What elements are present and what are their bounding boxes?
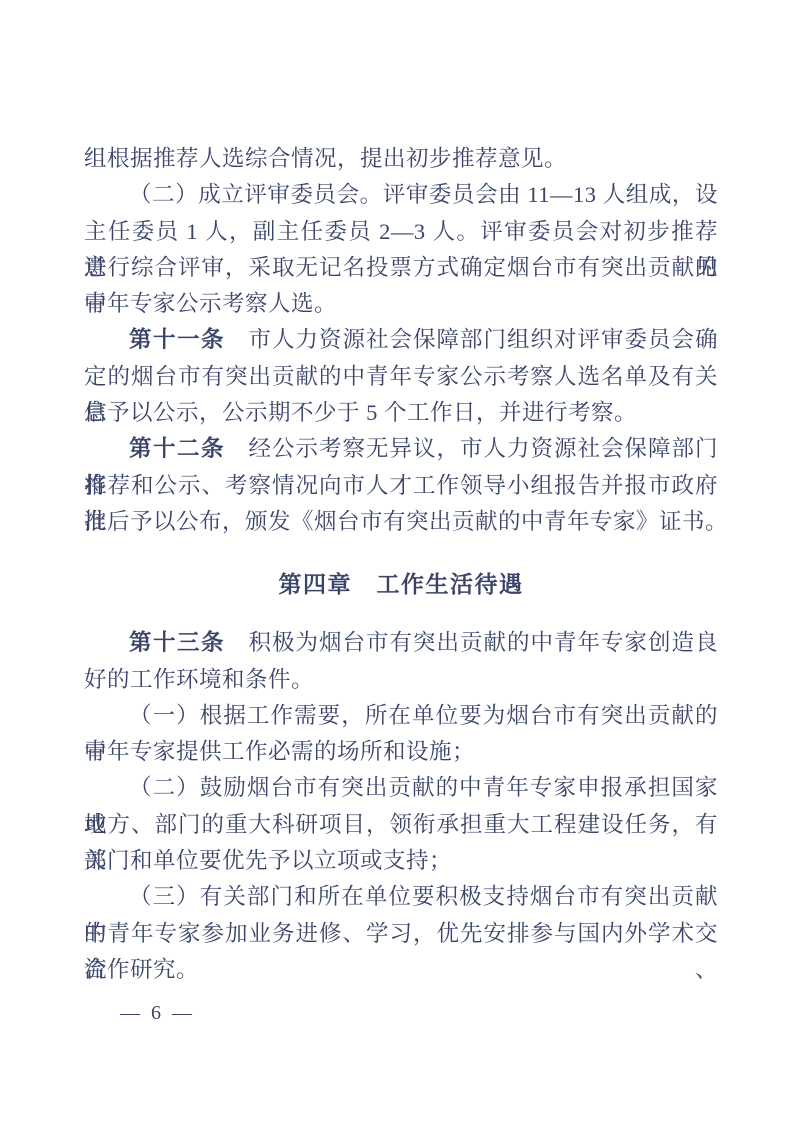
text-line: （二）鼓励烟台市有突出贡献的中青年专家申报承担国家或 (84, 770, 718, 806)
text-line: 部门和单位要优先予以立项或支持； (84, 843, 718, 879)
text-line: 定的烟台市有突出贡献的中青年专家公示考察人选名单及有关信 (84, 359, 718, 395)
text-line: （一）根据工作需要，所在单位要为烟台市有突出贡献的中 (84, 698, 718, 734)
text-line: 中青年专家参加业务进修、学习，优先安排参与国内外学术交流、 (84, 916, 718, 952)
chapter-heading: 第四章 工作生活待遇 (84, 566, 718, 602)
text-line: 组根据推荐人选综合情况，提出初步推荐意见。 (84, 141, 718, 177)
article-number: 第十一条 (129, 327, 225, 352)
text-line: 推荐和公示、考察情况向市人才工作领导小组报告并报市政府批 (84, 468, 718, 504)
article-number: 第十三条 (129, 630, 225, 655)
text-line: 青年专家公示考察人选。 (84, 286, 718, 322)
text-line: （三）有关部门和所在单位要积极支持烟台市有突出贡献的 (84, 879, 718, 915)
article-number: 第十二条 (129, 436, 225, 461)
text-line: 准后予以公布，颁发《烟台市有突出贡献的中青年专家》证书。 (84, 504, 718, 540)
paragraph-lines-bottom: 第十三条 积极为烟台市有突出贡献的中青年专家创造良好的工作环境和条件。（一）根据… (84, 625, 718, 988)
text-line: 进行综合评审，采取无记名投票方式确定烟台市有突出贡献的中 (84, 250, 718, 286)
text-line: 主任委员 1 人，副主任委员 2—3 人。评审委员会对初步推荐意见 (84, 214, 718, 250)
document-body: 组根据推荐人选综合情况，提出初步推荐意见。（二）成立评审委员会。评审委员会由 1… (84, 141, 718, 988)
text-line: 第十一条 市人力资源社会保障部门组织对评审委员会确 (84, 322, 718, 358)
document-page: 组根据推荐人选综合情况，提出初步推荐意见。（二）成立评审委员会。评审委员会由 1… (0, 0, 799, 1132)
text-line: 青年专家提供工作必需的场所和设施； (84, 734, 718, 770)
text-line: 第十二条 经公示考察无异议，市人力资源社会保障部门将 (84, 431, 718, 467)
text-line: 息予以公示，公示期不少于 5 个工作日，并进行考察。 (84, 395, 718, 431)
page-number: — 6 — (120, 1002, 195, 1025)
text-line: 好的工作环境和条件。 (84, 662, 718, 698)
paragraph-lines-top: 组根据推荐人选综合情况，提出初步推荐意见。（二）成立评审委员会。评审委员会由 1… (84, 141, 718, 540)
text-line: 地方、部门的重大科研项目，领衔承担重大工程建设任务，有关 (84, 807, 718, 843)
text-line: 第十三条 积极为烟台市有突出贡献的中青年专家创造良 (84, 625, 718, 661)
text-line: （二）成立评审委员会。评审委员会由 11—13 人组成，设 (84, 177, 718, 213)
